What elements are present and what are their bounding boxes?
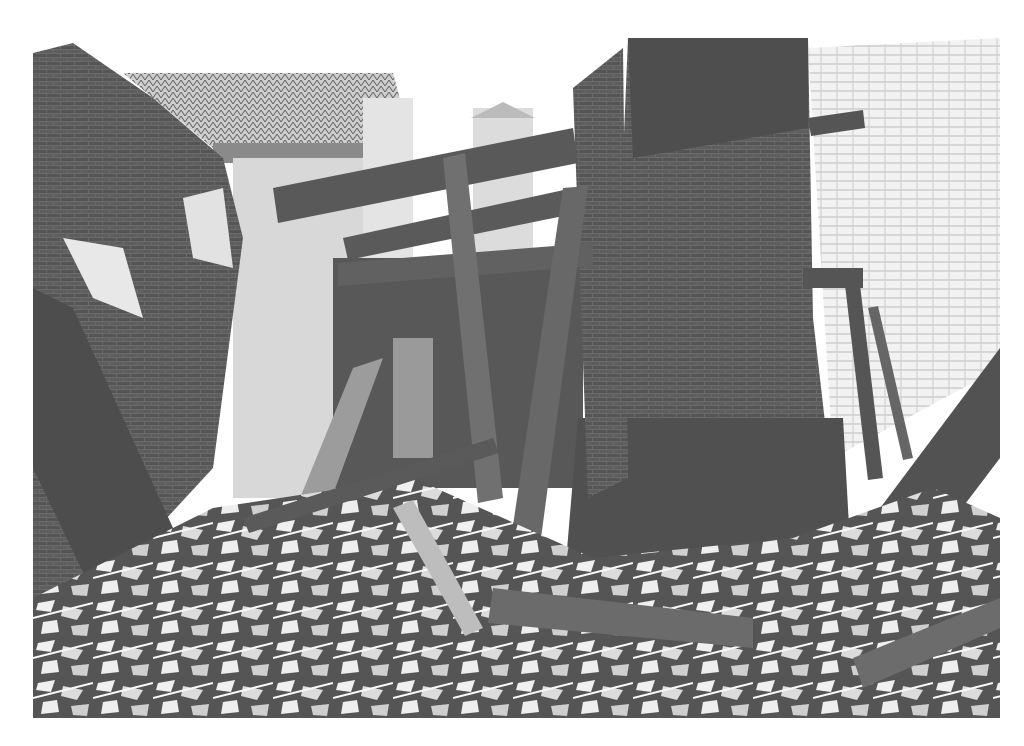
photograph <box>33 38 1000 718</box>
ruined-building-scene <box>33 38 1000 718</box>
